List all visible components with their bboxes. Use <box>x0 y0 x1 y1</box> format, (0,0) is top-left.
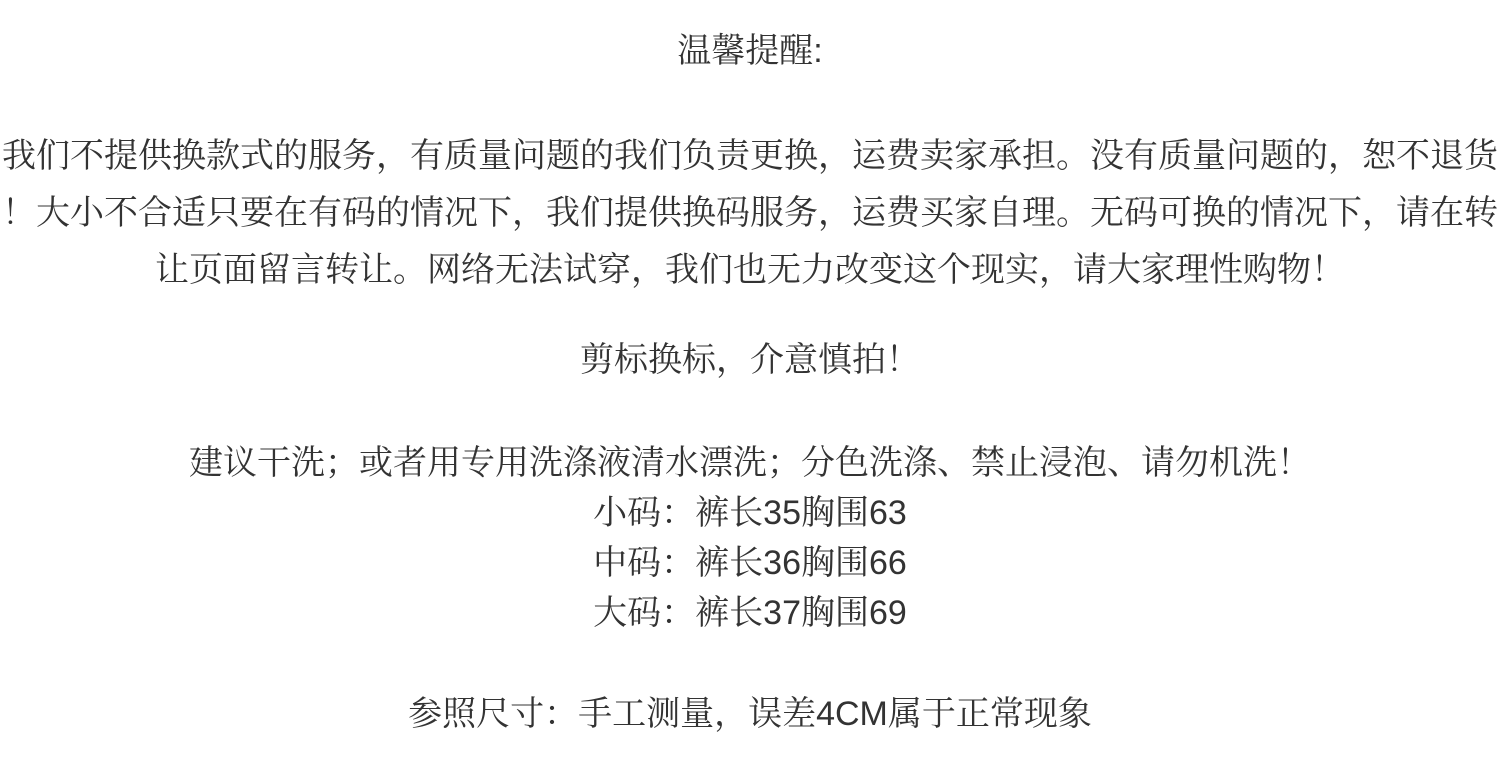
size-line-medium: 中码：裤长36胸围66 <box>0 538 1500 588</box>
policy-line-1: 我们不提供换款式的服务，有质量问题的我们负责更换，运费卖家承担。没有质量问题的，… <box>0 128 1500 185</box>
product-notice: 温馨提醒: 我们不提供换款式的服务，有质量问题的我们负责更换，运费卖家承担。没有… <box>0 0 1500 739</box>
washing-instructions: 建议干洗；或者用专用洗涤液清水漂洗；分色洗涤、禁止浸泡、请勿机洗！ <box>0 438 1500 488</box>
size-line-large: 大码：裤长37胸围69 <box>0 588 1500 638</box>
notice-title: 温馨提醒: <box>0 0 1500 74</box>
policy-line-2: ！大小不合适只要在有码的情况下，我们提供换码服务，运费买家自理。无码可换的情况下… <box>0 185 1500 242</box>
size-line-small: 小码：裤长35胸围63 <box>0 488 1500 538</box>
label-cutting-note: 剪标换标，介意慎拍！ <box>0 335 1500 385</box>
measurement-tolerance-note: 参照尺寸：手工测量，误差4CM属于正常现象 <box>0 689 1500 739</box>
return-policy-paragraph: 我们不提供换款式的服务，有质量问题的我们负责更换，运费卖家承担。没有质量问题的，… <box>0 128 1500 299</box>
size-chart: 小码：裤长35胸围63 中码：裤长36胸围66 大码：裤长37胸围69 <box>0 488 1500 638</box>
policy-line-3: 让页面留言转让。网络无法试穿，我们也无力改变这个现实，请大家理性购物！ <box>0 242 1500 299</box>
